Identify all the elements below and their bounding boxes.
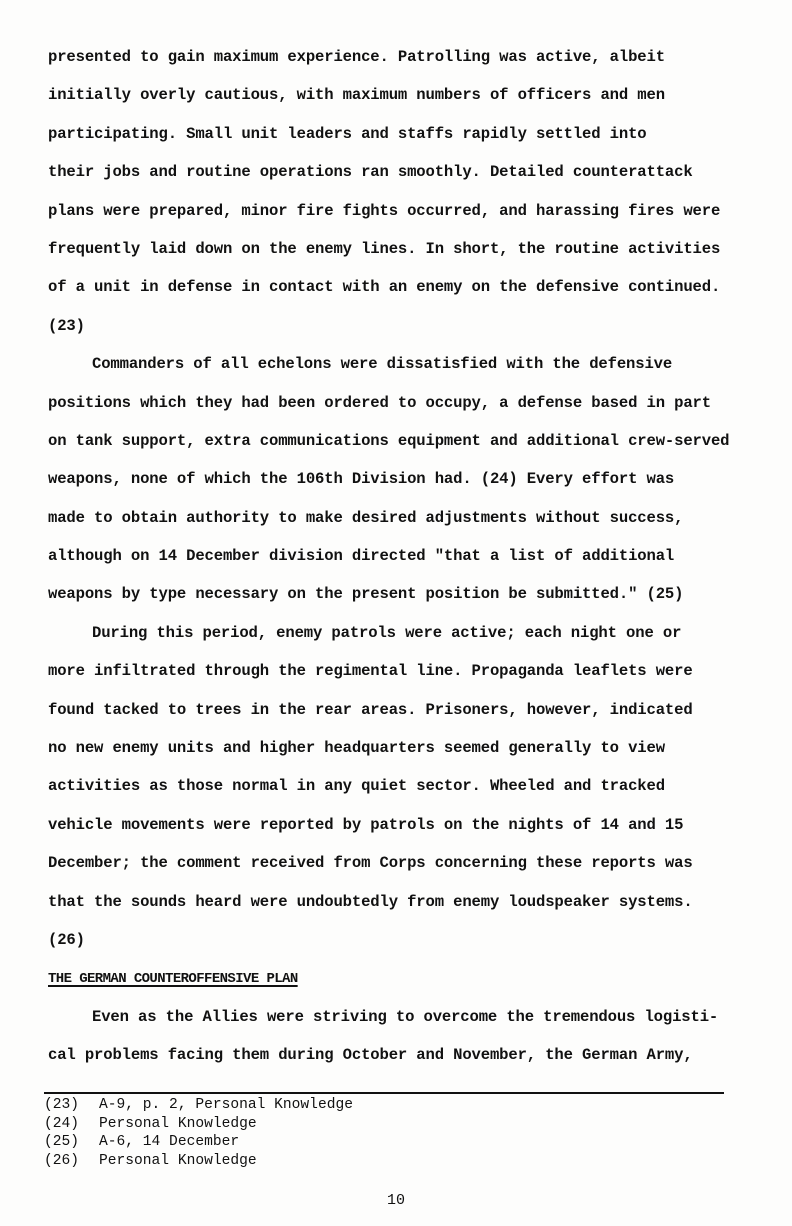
text-line: frequently laid down on the enemy lines.… — [48, 230, 768, 268]
text-line: December; the comment received from Corp… — [48, 844, 768, 882]
text-line: participating. Small unit leaders and st… — [48, 115, 768, 153]
footnote-number: (26) — [44, 1152, 99, 1171]
text-line: activities as those normal in any quiet … — [48, 767, 768, 805]
footnote-number: (23) — [44, 1096, 99, 1115]
footnote: (26)Personal Knowledge — [44, 1152, 353, 1171]
text-line: presented to gain maximum experience. Pa… — [48, 38, 768, 76]
paragraph: Even as the Allies were striving to over… — [48, 998, 768, 1075]
text-line: found tacked to trees in the rear areas.… — [48, 691, 768, 729]
text-line: no new enemy units and higher headquarte… — [48, 729, 768, 767]
text-line: Commanders of all echelons were dissatis… — [48, 345, 768, 383]
text-line: weapons by type necessary on the present… — [48, 575, 768, 613]
footnote-text: Personal Knowledge — [99, 1153, 257, 1169]
footnote-text: Personal Knowledge — [99, 1116, 257, 1132]
text-line: more infiltrated through the regimental … — [48, 652, 768, 690]
text-line: that the sounds heard were undoubtedly f… — [48, 883, 768, 921]
text-line: vehicle movements were reported by patro… — [48, 806, 768, 844]
text-line: initially overly cautious, with maximum … — [48, 76, 768, 114]
text-line: (23) — [48, 307, 768, 345]
footnote-number: (25) — [44, 1133, 99, 1152]
paragraph: presented to gain maximum experience. Pa… — [48, 38, 768, 345]
footnote-text: A-9, p. 2, Personal Knowledge — [99, 1097, 353, 1113]
text-line: (26) — [48, 921, 768, 959]
text-line: their jobs and routine operations ran sm… — [48, 153, 768, 191]
page-number: 10 — [0, 1192, 792, 1209]
text-line: although on 14 December division directe… — [48, 537, 768, 575]
text-line: weapons, none of which the 106th Divisio… — [48, 460, 768, 498]
text-line: of a unit in defense in contact with an … — [48, 268, 768, 306]
footnote: (23)A-9, p. 2, Personal Knowledge — [44, 1096, 353, 1115]
footnote-number: (24) — [44, 1115, 99, 1134]
document-page: presented to gain maximum experience. Pa… — [0, 0, 792, 1226]
paragraph: During this period, enemy patrols were a… — [48, 614, 768, 960]
footnote-divider — [44, 1092, 724, 1094]
text-line: made to obtain authority to make desired… — [48, 499, 768, 537]
text-line: plans were prepared, minor fire fights o… — [48, 192, 768, 230]
text-line: Even as the Allies were striving to over… — [48, 998, 768, 1036]
body-text: presented to gain maximum experience. Pa… — [48, 38, 768, 1075]
text-line: on tank support, extra communications eq… — [48, 422, 768, 460]
footnote: (25)A-6, 14 December — [44, 1133, 353, 1152]
text-line: positions which they had been ordered to… — [48, 384, 768, 422]
paragraph: Commanders of all echelons were dissatis… — [48, 345, 768, 614]
footnotes: (23)A-9, p. 2, Personal Knowledge(24)Per… — [44, 1096, 353, 1170]
section-heading-line: THE GERMAN COUNTEROFFENSIVE PLAN — [48, 959, 768, 997]
text-line: cal problems facing them during October … — [48, 1036, 768, 1074]
footnote: (24)Personal Knowledge — [44, 1115, 353, 1134]
text-line: During this period, enemy patrols were a… — [48, 614, 768, 652]
section-heading: THE GERMAN COUNTEROFFENSIVE PLAN — [48, 971, 298, 987]
footnote-text: A-6, 14 December — [99, 1134, 239, 1150]
